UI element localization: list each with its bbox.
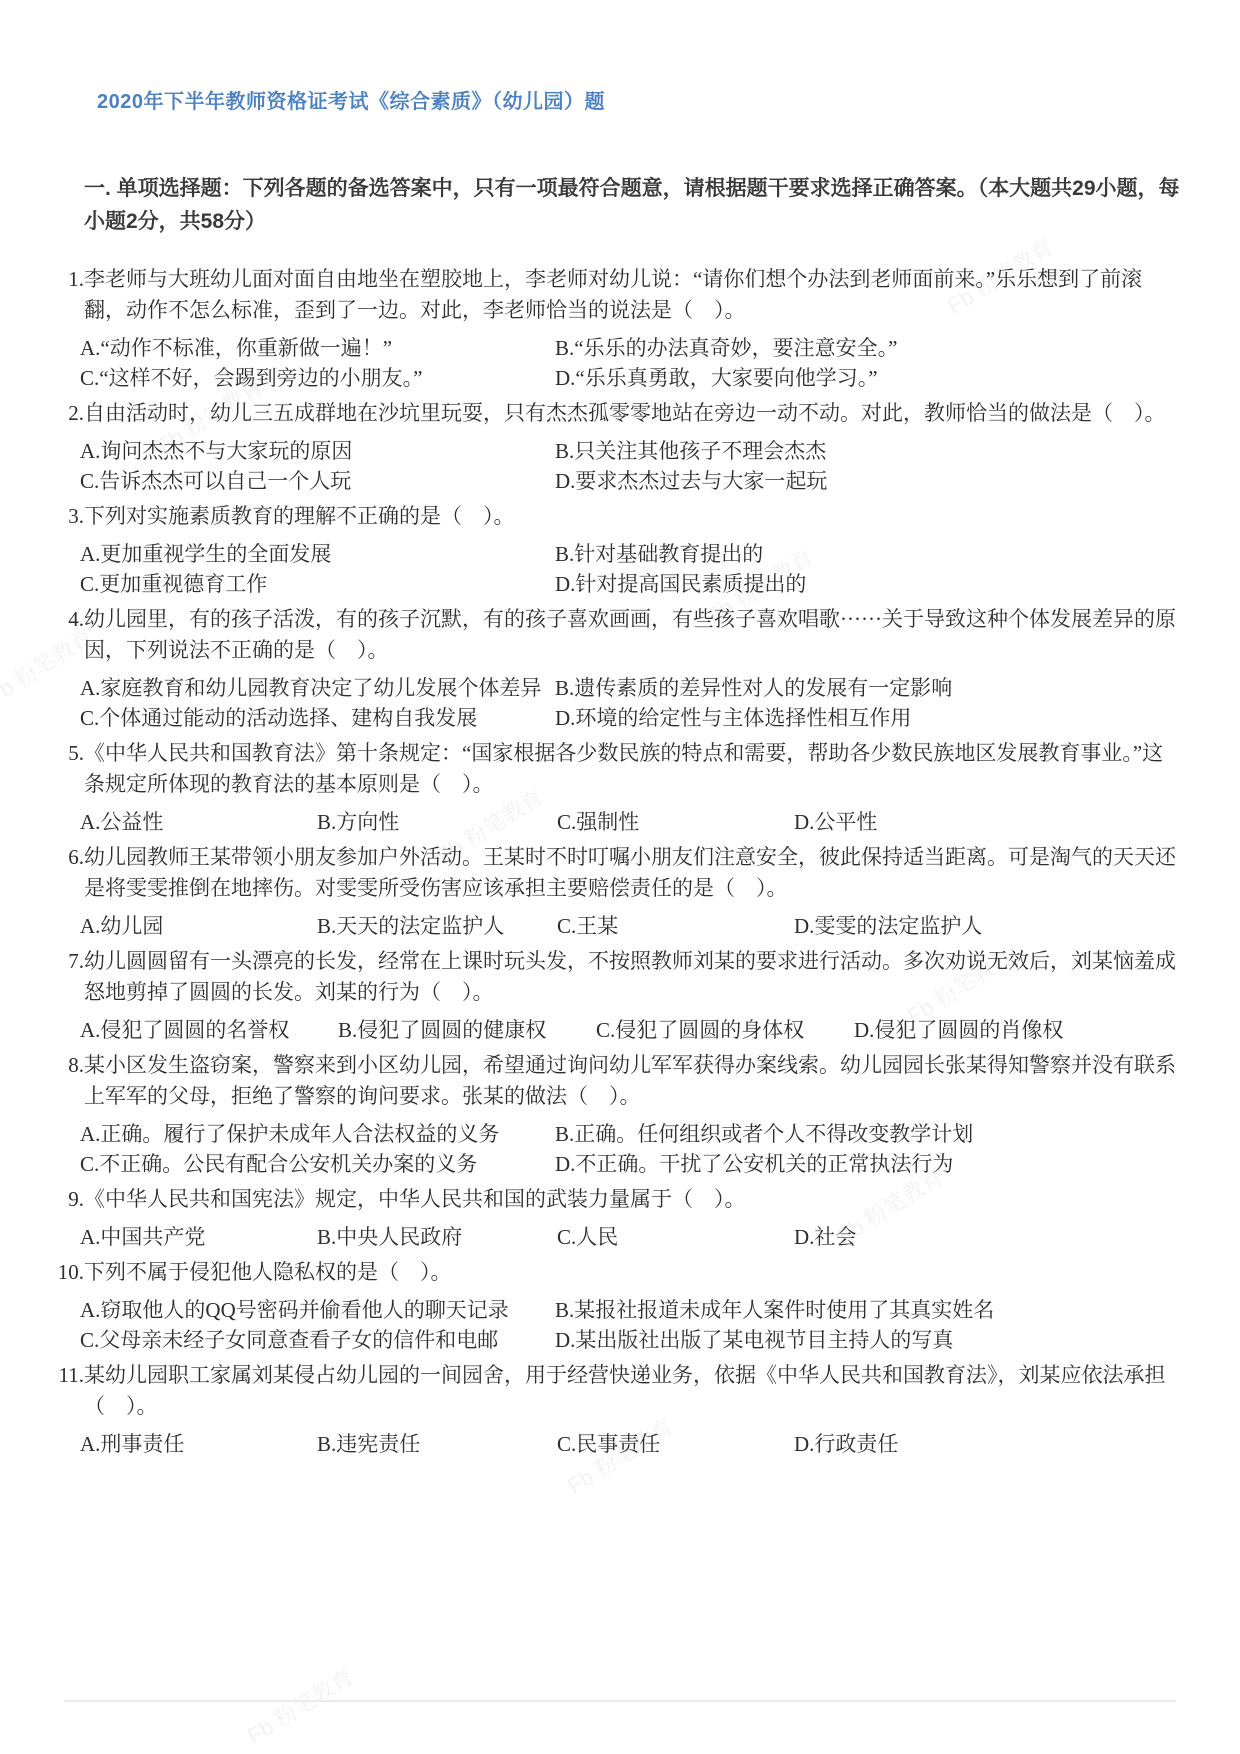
question-2-option-b: B.只关注其他孩子不理会杰杰 <box>555 436 1180 466</box>
question-stem: 幼儿圆圆留有一头漂亮的长发，经常在上课时玩头发，不按照教师刘某的要求进行活动。多… <box>84 946 1180 1008</box>
question-1-option-d: D.“乐乐真勇敢，大家要向他学习。” <box>555 363 1180 393</box>
question-11-option-a: A.刑事责任 <box>80 1429 317 1459</box>
question-11-option-d: D.行政责任 <box>794 1429 1180 1459</box>
question-9-option-c: C.人民 <box>557 1222 794 1252</box>
question-stem: 某小区发生盗窃案，警察来到小区幼儿园，希望通过询问幼儿军军获得办案线索。幼儿园园… <box>84 1050 1180 1112</box>
question-content: 《中华人民共和国教育法》第十条规定：“国家根据各少数民族的特点和需要，帮助各少数… <box>84 738 1180 837</box>
question-5-option-b: B.方向性 <box>317 807 557 837</box>
question-content: 李老师与大班幼儿面对面自由地坐在塑胶地上，李老师对幼儿说：“请你们想个办法到老师… <box>84 264 1180 393</box>
question-1-option-b: B.“乐乐的办法真奇妙，要注意安全。” <box>555 333 1180 363</box>
question-stem: 《中华人民共和国宪法》规定，中华人民共和国的武装力量属于（ ）。 <box>84 1184 1180 1215</box>
question-10-option-d: D.某出版社出版了某电视节目主持人的写真 <box>555 1325 1180 1355</box>
question-stem: 《中华人民共和国教育法》第十条规定：“国家根据各少数民族的特点和需要，帮助各少数… <box>84 738 1180 800</box>
question-5-option-d: D.公平性 <box>794 807 1180 837</box>
question-4-option-b: B.遗传素质的差异性对人的发展有一定影响 <box>555 673 1180 703</box>
question-options: A.中国共产党B.中央人民政府C.人民D.社会 <box>80 1222 1180 1252</box>
question-3-option-a: A.更加重视学生的全面发展 <box>80 539 555 569</box>
question-options: A.家庭教育和幼儿园教育决定了幼儿发展个体差异B.遗传素质的差异性对人的发展有一… <box>80 673 1180 733</box>
question-stem: 某幼儿园职工家属刘某侵占幼儿园的一间园舍，用于经营快递业务，依据《中华人民共和国… <box>84 1360 1180 1422</box>
question-options: A.刑事责任B.违宪责任C.民事责任D.行政责任 <box>80 1429 1180 1459</box>
question-1: 1. 李老师与大班幼儿面对面自由地坐在塑胶地上，李老师对幼儿说：“请你们想个办法… <box>53 264 1180 393</box>
question-options: A.正确。履行了保护未成年人合法权益的义务B.正确。任何组织或者个人不得改变教学… <box>80 1119 1180 1179</box>
question-11: 11. 某幼儿园职工家属刘某侵占幼儿园的一间园舍，用于经营快递业务，依据《中华人… <box>53 1360 1180 1459</box>
question-2: 2. 自由活动时，幼儿三五成群地在沙坑里玩耍，只有杰杰孤零零地站在旁边一动不动。… <box>53 398 1180 496</box>
page-bottom-divider <box>64 1700 1176 1702</box>
question-10-option-b: B.某报社报道未成年人案件时使用了其真实姓名 <box>555 1295 1180 1325</box>
question-stem: 李老师与大班幼儿面对面自由地坐在塑胶地上，李老师对幼儿说：“请你们想个办法到老师… <box>84 264 1180 326</box>
question-2-option-a: A.询问杰杰不与大家玩的原因 <box>80 436 555 466</box>
question-8-option-b: B.正确。任何组织或者个人不得改变教学计划 <box>555 1119 1180 1149</box>
question-4-option-c: C.个体通过能动的活动选择、建构自我发展 <box>80 703 555 733</box>
question-5: 5. 《中华人民共和国教育法》第十条规定：“国家根据各少数民族的特点和需要，帮助… <box>53 738 1180 837</box>
question-options: A.公益性B.方向性C.强制性D.公平性 <box>80 807 1180 837</box>
question-10: 10. 下列不属于侵犯他人隐私权的是（ ）。 A.窃取他人的QQ号密码并偷看他人… <box>53 1257 1180 1355</box>
question-content: 某小区发生盗窃案，警察来到小区幼儿园，希望通过询问幼儿军军获得办案线索。幼儿园园… <box>84 1050 1180 1179</box>
page-title: 2020年下半年教师资格证考试《综合素质》（幼儿园）题 <box>97 88 1180 116</box>
question-stem: 幼儿园里，有的孩子活泼，有的孩子沉默，有的孩子喜欢画画，有些孩子喜欢唱歌····… <box>84 604 1180 666</box>
question-3: 3. 下列对实施素质教育的理解不正确的是（ ）。 A.更加重视学生的全面发展B.… <box>53 501 1180 599</box>
question-content: 下列对实施素质教育的理解不正确的是（ ）。 A.更加重视学生的全面发展B.针对基… <box>84 501 1180 599</box>
question-stem: 下列不属于侵犯他人隐私权的是（ ）。 <box>84 1257 1180 1288</box>
question-options: A.窃取他人的QQ号密码并偷看他人的聊天记录B.某报社报道未成年人案件时使用了其… <box>80 1295 1180 1355</box>
question-5-option-a: A.公益性 <box>80 807 317 837</box>
question-8: 8. 某小区发生盗窃案，警察来到小区幼儿园，希望通过询问幼儿军军获得办案线索。幼… <box>53 1050 1180 1179</box>
question-stem: 自由活动时，幼儿三五成群地在沙坑里玩耍，只有杰杰孤零零地站在旁边一动不动。对此，… <box>84 398 1180 429</box>
question-10-option-c: C.父母亲未经子女同意查看子女的信件和电邮 <box>80 1325 555 1355</box>
question-9: 9. 《中华人民共和国宪法》规定，中华人民共和国的武装力量属于（ ）。 A.中国… <box>53 1184 1180 1252</box>
question-7: 7. 幼儿圆圆留有一头漂亮的长发，经常在上课时玩头发，不按照教师刘某的要求进行活… <box>53 946 1180 1045</box>
question-content: 某幼儿园职工家属刘某侵占幼儿园的一间园舍，用于经营快递业务，依据《中华人民共和国… <box>84 1360 1180 1459</box>
question-7-option-d: D.侵犯了圆圆的肖像权 <box>854 1015 1180 1045</box>
question-6-option-a: A.幼儿园 <box>80 911 317 941</box>
question-options: A.侵犯了圆圆的名誉权B.侵犯了圆圆的健康权C.侵犯了圆圆的身体权D.侵犯了圆圆… <box>80 1015 1180 1045</box>
question-content: 《中华人民共和国宪法》规定，中华人民共和国的武装力量属于（ ）。 A.中国共产党… <box>84 1184 1180 1252</box>
question-4: 4. 幼儿园里，有的孩子活泼，有的孩子沉默，有的孩子喜欢画画，有些孩子喜欢唱歌·… <box>53 604 1180 733</box>
question-content: 幼儿园里，有的孩子活泼，有的孩子沉默，有的孩子喜欢画画，有些孩子喜欢唱歌····… <box>84 604 1180 733</box>
question-3-option-b: B.针对基础教育提出的 <box>555 539 1180 569</box>
question-stem: 下列对实施素质教育的理解不正确的是（ ）。 <box>84 501 1180 532</box>
question-6-option-b: B.天天的法定监护人 <box>317 911 557 941</box>
question-2-option-c: C.告诉杰杰可以自己一个人玩 <box>80 466 555 496</box>
question-11-option-b: B.违宪责任 <box>317 1429 557 1459</box>
question-4-option-d: D.环境的给定性与主体选择性相互作用 <box>555 703 1180 733</box>
question-11-option-c: C.民事责任 <box>557 1429 794 1459</box>
section-header: 一. 单项选择题：下列各题的备选答案中，只有一项最符合题意，请根据题干要求选择正… <box>84 172 1180 238</box>
question-3-option-d: D.针对提高国民素质提出的 <box>555 569 1180 599</box>
question-5-option-c: C.强制性 <box>557 807 794 837</box>
question-content: 下列不属于侵犯他人隐私权的是（ ）。 A.窃取他人的QQ号密码并偷看他人的聊天记… <box>84 1257 1180 1355</box>
watermark-text: Fb 粉笔教育 <box>241 1661 359 1751</box>
question-8-option-c: C.不正确。公民有配合公安机关办案的义务 <box>80 1149 555 1179</box>
question-4-option-a: A.家庭教育和幼儿园教育决定了幼儿发展个体差异 <box>80 673 555 703</box>
question-list: 1. 李老师与大班幼儿面对面自由地坐在塑胶地上，李老师对幼儿说：“请你们想个办法… <box>53 264 1180 1459</box>
question-7-option-b: B.侵犯了圆圆的健康权 <box>338 1015 596 1045</box>
question-7-option-c: C.侵犯了圆圆的身体权 <box>596 1015 854 1045</box>
question-stem: 幼儿园教师王某带领小朋友参加户外活动。王某时不时叮嘱小朋友们注意安全，彼此保持适… <box>84 842 1180 904</box>
question-options: A.询问杰杰不与大家玩的原因B.只关注其他孩子不理会杰杰C.告诉杰杰可以自己一个… <box>80 436 1180 496</box>
question-3-option-c: C.更加重视德育工作 <box>80 569 555 599</box>
question-9-option-a: A.中国共产党 <box>80 1222 317 1252</box>
question-1-option-c: C.“这样不好，会踢到旁边的小朋友。” <box>80 363 555 393</box>
question-9-option-d: D.社会 <box>794 1222 1180 1252</box>
question-content: 幼儿园教师王某带领小朋友参加户外活动。王某时不时叮嘱小朋友们注意安全，彼此保持适… <box>84 842 1180 941</box>
question-options: A.更加重视学生的全面发展B.针对基础教育提出的C.更加重视德育工作D.针对提高… <box>80 539 1180 599</box>
question-content: 自由活动时，幼儿三五成群地在沙坑里玩耍，只有杰杰孤零零地站在旁边一动不动。对此，… <box>84 398 1180 496</box>
question-content: 幼儿圆圆留有一头漂亮的长发，经常在上课时玩头发，不按照教师刘某的要求进行活动。多… <box>84 946 1180 1045</box>
question-2-option-d: D.要求杰杰过去与大家一起玩 <box>555 466 1180 496</box>
exam-page: 2020年下半年教师资格证考试《综合素质》（幼儿园）题 一. 单项选择题：下列各… <box>0 0 1240 1459</box>
question-1-option-a: A.“动作不标准，你重新做一遍！” <box>80 333 555 363</box>
question-8-option-a: A.正确。履行了保护未成年人合法权益的义务 <box>80 1119 555 1149</box>
question-9-option-b: B.中央人民政府 <box>317 1222 557 1252</box>
question-6: 6. 幼儿园教师王某带领小朋友参加户外活动。王某时不时叮嘱小朋友们注意安全，彼此… <box>53 842 1180 941</box>
question-options: A.幼儿园B.天天的法定监护人C.王某D.雯雯的法定监护人 <box>80 911 1180 941</box>
question-options: A.“动作不标准，你重新做一遍！”B.“乐乐的办法真奇妙，要注意安全。”C.“这… <box>80 333 1180 393</box>
question-7-option-a: A.侵犯了圆圆的名誉权 <box>80 1015 338 1045</box>
question-10-option-a: A.窃取他人的QQ号密码并偷看他人的聊天记录 <box>80 1295 555 1325</box>
question-6-option-c: C.王某 <box>557 911 794 941</box>
question-8-option-d: D.不正确。干扰了公安机关的正常执法行为 <box>555 1149 1180 1179</box>
question-6-option-d: D.雯雯的法定监护人 <box>794 911 1180 941</box>
